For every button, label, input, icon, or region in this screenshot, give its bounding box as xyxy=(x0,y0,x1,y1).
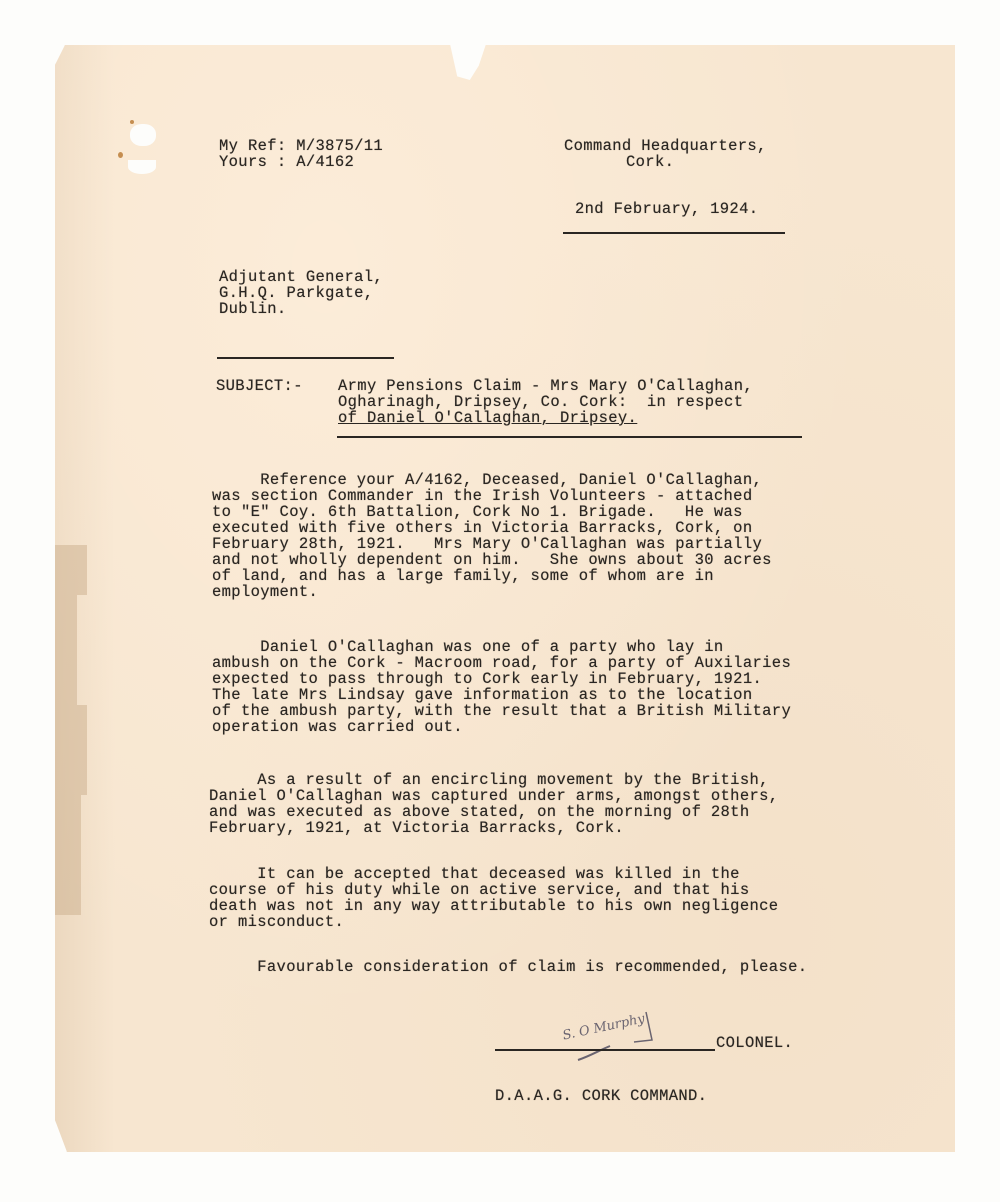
sender-address-line2: Cork. xyxy=(626,154,674,170)
body-paragraph4-line: course of his duty while on active servi… xyxy=(209,882,749,898)
body-paragraph1-line: was section Commander in the Irish Volun… xyxy=(212,488,752,504)
rust-stain xyxy=(118,152,123,158)
recipient-line3: Dublin. xyxy=(219,301,287,317)
my-reference: My Ref: M/3875/11 xyxy=(219,138,383,154)
body-paragraph1-line: employment. xyxy=(212,584,318,600)
body-paragraph3-line: February, 1921, at Victoria Barracks, Co… xyxy=(209,820,624,836)
subject-line2: Ogharinagh, Dripsey, Co. Cork: in respec… xyxy=(338,394,743,410)
body-paragraph1-line: to "E" Coy. 6th Battalion, Cork No 1. Br… xyxy=(212,504,743,520)
body-paragraph2-line: ambush on the Cork - Macroom road, for a… xyxy=(212,655,791,671)
date-underline xyxy=(563,232,785,234)
paper-crease xyxy=(55,705,87,795)
paper-crease xyxy=(55,795,81,915)
recipient-line2: G.H.Q. Parkgate, xyxy=(219,285,373,301)
signatory-title: D.A.A.G. CORK COMMAND. xyxy=(495,1088,707,1104)
your-reference: Yours : A/4162 xyxy=(219,154,354,170)
body-paragraph3-line: As a result of an encircling movement by… xyxy=(209,772,769,788)
letter-paper xyxy=(55,45,955,1152)
recipient-line1: Adjutant General, xyxy=(219,269,383,285)
paper-crease xyxy=(55,595,77,705)
signature-line xyxy=(495,1049,715,1051)
body-paragraph4-line: death was not in any way attributable to… xyxy=(209,898,778,914)
body-paragraph2-line: of the ambush party, with the result tha… xyxy=(212,703,791,719)
body-paragraph1-line: and not wholly dependent on him. She own… xyxy=(212,552,772,568)
rust-stain xyxy=(130,120,134,124)
body-paragraph4-line: It can be accepted that deceased was kil… xyxy=(209,866,740,882)
body-paragraph1-line: executed with five others in Victoria Ba… xyxy=(212,520,752,536)
body-paragraph2-line: Daniel O'Callaghan was one of a party wh… xyxy=(212,639,724,655)
sender-address-line1: Command Headquarters, xyxy=(564,138,767,154)
paper-crease xyxy=(55,545,87,595)
subject-line1: Army Pensions Claim - Mrs Mary O'Callagh… xyxy=(338,378,753,394)
letter-date: 2nd February, 1924. xyxy=(575,201,758,217)
closing-line: Favourable consideration of claim is rec… xyxy=(209,959,807,975)
body-paragraph1-line: February 28th, 1921. Mrs Mary O'Callagha… xyxy=(212,536,762,552)
punch-hole xyxy=(130,124,156,146)
body-paragraph3-line: and was executed as above stated, on the… xyxy=(209,804,749,820)
recipient-separator xyxy=(217,357,394,359)
body-paragraph1-line: Reference your A/4162, Deceased, Daniel … xyxy=(212,472,762,488)
subject-underline xyxy=(337,436,802,438)
body-paragraph2-line: The late Mrs Lindsay gave information as… xyxy=(212,687,752,703)
body-paragraph1-line: of land, and has a large family, some of… xyxy=(212,568,714,584)
body-paragraph4-line: or misconduct. xyxy=(209,914,344,930)
signatory-rank: COLONEL. xyxy=(716,1035,793,1051)
subject-line3: of Daniel O'Callaghan, Dripsey. xyxy=(338,410,637,426)
body-paragraph2-line: operation was carried out. xyxy=(212,719,463,735)
body-paragraph2-line: expected to pass through to Cork early i… xyxy=(212,671,762,687)
subject-label: SUBJECT:- xyxy=(216,378,303,394)
body-paragraph3-line: Daniel O'Callaghan was captured under ar… xyxy=(209,788,778,804)
punch-hole xyxy=(128,160,156,174)
signature-stroke xyxy=(560,1010,680,1070)
